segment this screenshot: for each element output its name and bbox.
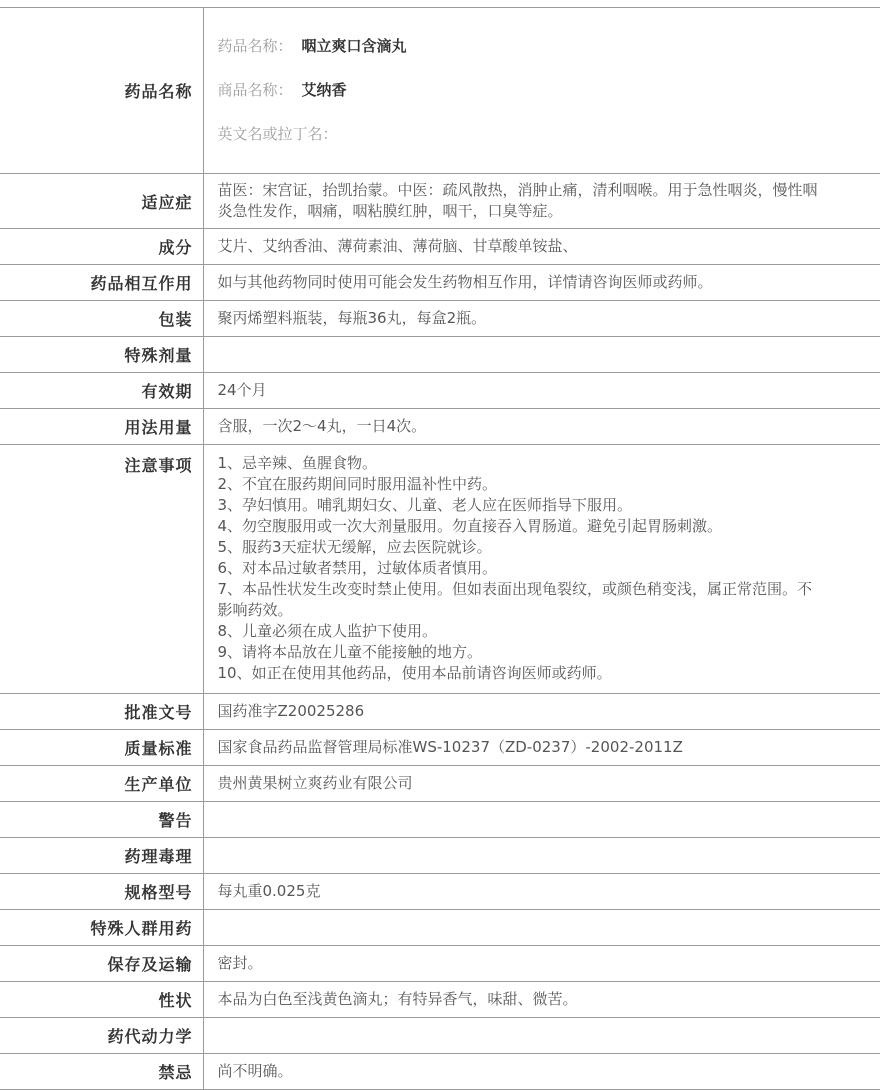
generic-name-value: 咽立爽口含滴丸 (302, 37, 407, 55)
table-row-contraindications: 禁忌 尚不明确。 (0, 1054, 880, 1090)
brand-name-line: 商品名称：艾纳香 (218, 79, 823, 102)
row-value: 贵州黄果树立爽药业有限公司 (203, 766, 880, 802)
row-value: 艾片、艾纳香油、薄荷素油、薄荷脑、甘草酸单铵盐、 (203, 229, 880, 265)
row-value: 如与其他药物同时使用可能会发生药物相互作用，详情请咨询医师或药师。 (203, 265, 880, 301)
row-value: 苗医：宋宫证，抬凯抬蒙。中医：疏风散热，消肿止痛，清利咽喉。用于急性咽炎，慢性咽… (203, 174, 880, 229)
table-row-special-dosage: 特殊剂量 (0, 337, 880, 373)
row-value: 国家食品药品监督管理局标准WS-10237（ZD-0237）-2002-2011… (203, 730, 880, 766)
row-label: 生产单位 (0, 766, 203, 802)
row-label: 注意事项 (0, 445, 203, 694)
table-row-quality-standard: 质量标准 国家食品药品监督管理局标准WS-10237（ZD-0237）-2002… (0, 730, 880, 766)
row-value: 24个月 (203, 373, 880, 409)
row-label: 规格型号 (0, 874, 203, 910)
generic-name-line: 药品名称：咽立爽口含滴丸 (218, 35, 823, 58)
table-row-pharmacokinetics: 药代动力学 (0, 1018, 880, 1054)
row-label: 药品名称 (0, 8, 203, 174)
drug-info-table: 药品名称 药品名称：咽立爽口含滴丸 商品名称：艾纳香 英文名或拉丁名： 适应症 … (0, 7, 880, 1090)
brand-name-value: 艾纳香 (302, 81, 347, 99)
table-row-packaging: 包装 聚丙烯塑料瓶装，每瓶36丸，每盒2瓶。 (0, 301, 880, 337)
row-value: 国药准字Z20025286 (203, 694, 880, 730)
table-row-manufacturer: 生产单位 贵州黄果树立爽药业有限公司 (0, 766, 880, 802)
row-value: 本品为白色至浅黄色滴丸；有特异香气，味甜、微苦。 (203, 982, 880, 1018)
row-value: 聚丙烯塑料瓶装，每瓶36丸，每盒2瓶。 (203, 301, 880, 337)
row-value (203, 337, 880, 373)
row-label: 警告 (0, 802, 203, 838)
table-row-drug-interactions: 药品相互作用 如与其他药物同时使用可能会发生药物相互作用，详情请咨询医师或药师。 (0, 265, 880, 301)
english-name-line: 英文名或拉丁名： (218, 123, 823, 146)
row-label: 特殊人群用药 (0, 910, 203, 946)
row-label: 批准文号 (0, 694, 203, 730)
table-row-special-populations: 特殊人群用药 (0, 910, 880, 946)
row-label: 药品相互作用 (0, 265, 203, 301)
row-value: 尚不明确。 (203, 1054, 880, 1090)
row-label: 药代动力学 (0, 1018, 203, 1054)
table-row-storage-transport: 保存及运输 密封。 (0, 946, 880, 982)
table-row-pharmacology-toxicology: 药理毒理 (0, 838, 880, 874)
row-label: 成分 (0, 229, 203, 265)
row-label: 禁忌 (0, 1054, 203, 1090)
row-label: 有效期 (0, 373, 203, 409)
row-label: 特殊剂量 (0, 337, 203, 373)
row-label: 质量标准 (0, 730, 203, 766)
row-value: 含服，一次2～4丸，一日4次。 (203, 409, 880, 445)
row-value (203, 802, 880, 838)
english-name-prefix: 英文名或拉丁名： (218, 125, 338, 143)
row-value: 每丸重0.025克 (203, 874, 880, 910)
row-value: 密封。 (203, 946, 880, 982)
row-value (203, 910, 880, 946)
row-label: 药理毒理 (0, 838, 203, 874)
row-label: 适应症 (0, 174, 203, 229)
generic-name-prefix: 药品名称： (218, 37, 293, 55)
row-value (203, 1018, 880, 1054)
row-value (203, 838, 880, 874)
table-row-ingredients: 成分 艾片、艾纳香油、薄荷素油、薄荷脑、甘草酸单铵盐、 (0, 229, 880, 265)
row-label: 用法用量 (0, 409, 203, 445)
table-row-specification: 规格型号 每丸重0.025克 (0, 874, 880, 910)
table-row-precautions: 注意事项 1、忌辛辣、鱼腥食物。 2、不宜在服药期间同时服用温补性中药。 3、孕… (0, 445, 880, 694)
table-row-dosage-usage: 用法用量 含服，一次2～4丸，一日4次。 (0, 409, 880, 445)
brand-name-prefix: 商品名称： (218, 81, 293, 99)
table-row-approval-number: 批准文号 国药准字Z20025286 (0, 694, 880, 730)
table-row-drug-name: 药品名称 药品名称：咽立爽口含滴丸 商品名称：艾纳香 英文名或拉丁名： (0, 8, 880, 174)
row-label: 性状 (0, 982, 203, 1018)
row-label: 保存及运输 (0, 946, 203, 982)
table-row-indications: 适应症 苗医：宋宫证，抬凯抬蒙。中医：疏风散热，消肿止痛，清利咽喉。用于急性咽炎… (0, 174, 880, 229)
row-label: 包装 (0, 301, 203, 337)
row-value: 药品名称：咽立爽口含滴丸 商品名称：艾纳香 英文名或拉丁名： (203, 8, 880, 174)
drug-info-page: 药品名称 药品名称：咽立爽口含滴丸 商品名称：艾纳香 英文名或拉丁名： 适应症 … (0, 0, 880, 1060)
row-value: 1、忌辛辣、鱼腥食物。 2、不宜在服药期间同时服用温补性中药。 3、孕妇慎用。哺… (203, 445, 880, 694)
table-row-warning: 警告 (0, 802, 880, 838)
table-row-shelf-life: 有效期 24个月 (0, 373, 880, 409)
table-row-description: 性状 本品为白色至浅黄色滴丸；有特异香气，味甜、微苦。 (0, 982, 880, 1018)
